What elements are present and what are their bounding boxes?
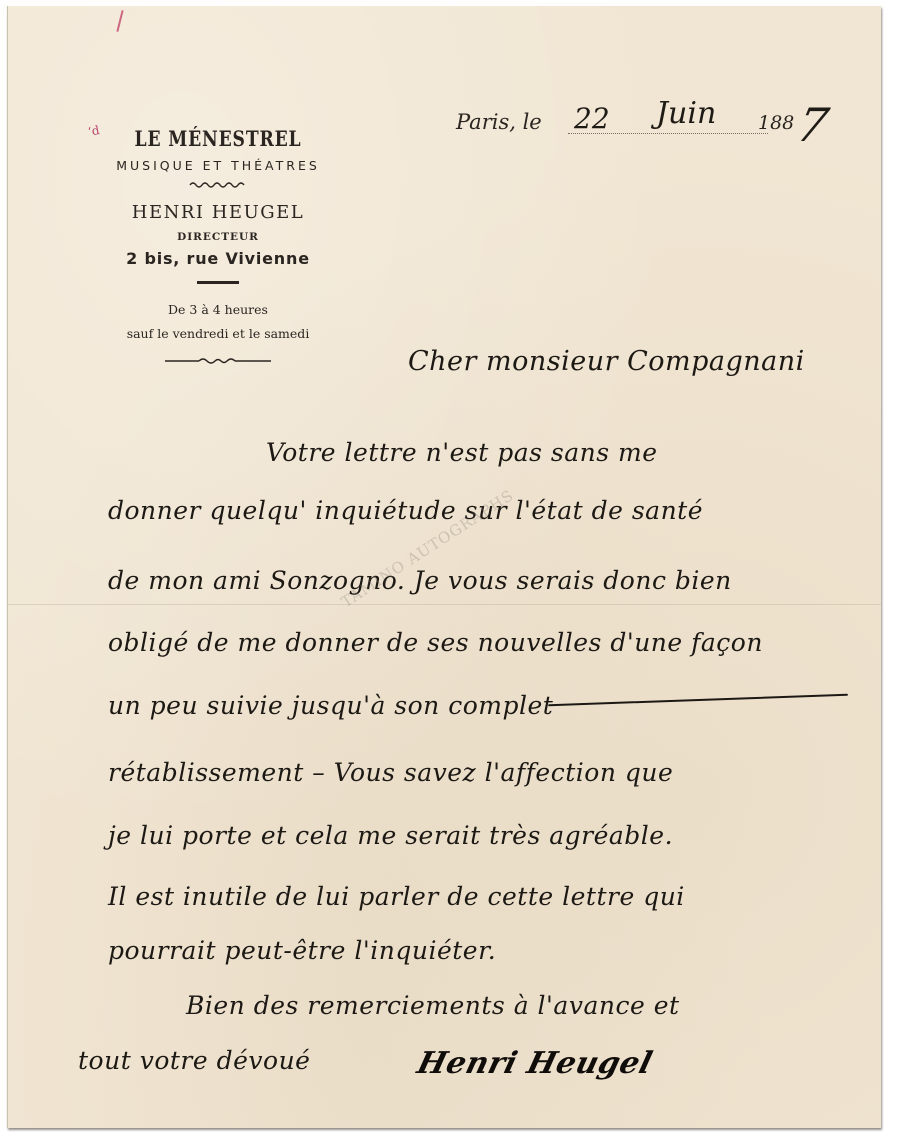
date-month: Juin [656,96,716,131]
letter-line: un peu suivie jusqu'à son complet [108,691,553,720]
date-year-printed: 188 [758,112,794,134]
letter-line: Bien des remerciements à l'avance et [186,991,680,1020]
line-filler-stroke [548,694,848,706]
letter-line: de mon ami Sonzogno. Je vous serais donc… [108,566,732,595]
letterhead-subtitle: MUSIQUE ET THÉATRES [68,158,368,174]
date-day: 22 [574,102,610,135]
letterhead-title: LE MÉNESTREL [95,126,341,152]
letter-line: Il est inutile de lui parler de cette le… [108,882,685,911]
letterhead-days: sauf le vendredi et le samedi [68,326,368,342]
signature: Henri Heugel [414,1046,656,1081]
letter-line: donner quelqu' inquiétude sur l'état de … [108,496,703,525]
letterhead-name: HENRI HEUGEL [68,202,368,224]
letterhead-address: 2 bis, rue Vivienne [68,249,368,269]
paper-fold-line [8,604,881,605]
letter-line: pourrait peut-être l'inquiéter. [108,936,496,965]
dateline: Paris, le 22 Juin 188 7 [456,106,856,196]
letterhead-hours: De 3 à 4 heures [68,302,368,318]
letterhead: LE MÉNESTREL MUSIQUE ET THÉATRES HENRI H… [68,121,368,366]
scroll-ornament-icon [163,356,273,366]
letter-sheet: ‘d LE MÉNESTREL MUSIQUE ET THÉATRES HENR… [7,6,881,1128]
date-place: Paris, le [456,110,542,134]
letter-line: Votre lettre n'est pas sans me [266,438,658,467]
letter-line: rétablissement – Vous savez l'affection … [108,758,673,787]
letterhead-role: DIRECTEUR [68,230,368,244]
closing-line: tout votre dévoué [78,1046,310,1075]
date-year-handwritten: 7 [792,98,833,152]
salutation: Cher monsieur Compagnani [408,346,805,377]
wavy-ornament-icon [188,180,248,188]
letter-line: obligé de me donner de ses nouvelles d'u… [108,628,763,657]
letterhead-rule [197,281,239,284]
red-pencil-mark [116,10,123,32]
letter-line: je lui porte et cela me serait très agré… [108,821,673,850]
